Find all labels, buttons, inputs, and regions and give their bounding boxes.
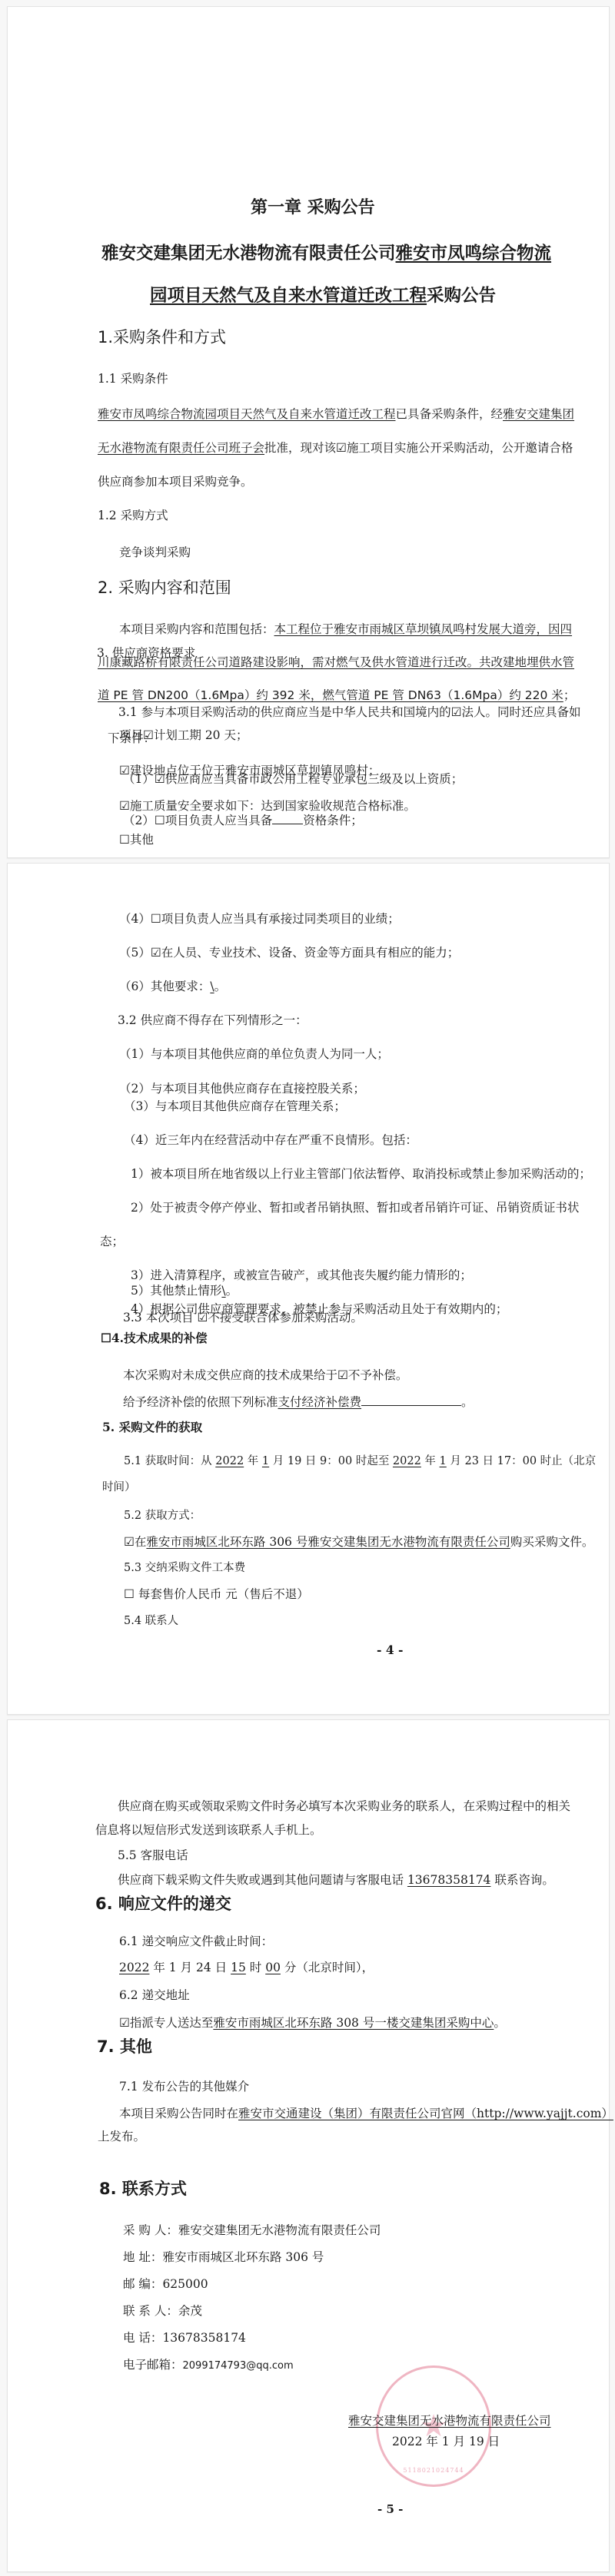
text: 本项目采购内容和范围包括： (119, 622, 274, 636)
document-page-5: 供应商在购买或领取采购文件时务必填写本次采购业务的联系人，在采购过程中的相关 信… (7, 1719, 610, 2572)
section-5-4-heading: 5.4 联系人 (124, 1613, 178, 1629)
section-5-heading: 5. 采购文件的获取 (102, 1420, 202, 1435)
underlined-text: 雅安市雨城区北环东路 306 号雅安交建集团无水港物流有限责任公司 (146, 1535, 510, 1549)
text: 。 (494, 2016, 506, 2030)
contact-address: 地 址：雅安市雨城区北环东路 306 号 (123, 2249, 381, 2276)
compensation-line-1: 本次采购对未成交供应商的技术成果给于☑不予补偿。 (123, 1368, 407, 1383)
paragraph-line: 本项目采购内容和范围包括：本工程位于雅安市雨城区草坝镇凤鸣村发展大道旁，因四 (119, 622, 572, 637)
year: 2022 (119, 1961, 149, 1974)
exclusion-4-2-cont: 态； (100, 1234, 124, 1249)
contact-value[interactable]: 2099174793@qq.com (183, 2360, 294, 2372)
minute: 00 (265, 1961, 281, 1974)
procurement-method: 竞争谈判采购 (119, 545, 191, 560)
signature-company: 雅安交建集团无水港物流有限责任公司 (348, 2413, 551, 2428)
underlined-text: 雅安交建集团无水港物流有限责任公司 (348, 2414, 551, 2428)
submission-deadline: 2022 年 1 月 24 日 15 时 00 分（北京时间）， (119, 1960, 374, 1975)
section-1-1-heading: 1.1 采购条件 (98, 371, 168, 386)
underlined-text: 无水港物流有限责任公司班子会 (98, 441, 264, 455)
acquisition-time-cont: 时间） (102, 1480, 136, 1495)
chapter-heading: 第一章 采购公告 (251, 201, 375, 216)
exclusion-2: （2）与本项目其他供应商存在直接控股关系； (119, 1081, 365, 1096)
underlined-text: 雅安市凤鸣综合物流园项目天然气及自来水管道迁改工程 (98, 407, 396, 421)
section-6-1-heading: 6.1 递交响应文件截止时间： (119, 1934, 273, 1949)
qualification-1: （1）☑供应商应当具备市政公用工程专业承包三级及以上资质； (123, 771, 463, 787)
section-2-heading: 2. 采购内容和范围 (98, 580, 231, 595)
document-fee: ☐ 每套售价人民币 元（售后不退） (124, 1586, 309, 1602)
publication-media-cont: 上发布。 (98, 2129, 145, 2144)
publication-media-line: 本项目采购公告同时在雅安市交通建设（集团）有限责任公司官网（http://www… (119, 2106, 613, 2121)
contact-paragraph-line-1: 供应商在购买或领取采购文件时务必填写本次采购业务的联系人，在采购过程中的相关 (118, 1799, 570, 1814)
service-phone-line: 供应商下载采购文件失败或遇到其他问题请与客服电话 13678358174 联系咨… (118, 1872, 554, 1888)
contact-purchaser: 采 购 人：雅安交建集团无水港物流有限责任公司 (123, 2223, 381, 2249)
contact-phone: 电 话：13678358174 (123, 2330, 381, 2357)
compensation-line-2: 给予经济补偿的依照下列标准支付经济补偿费。 (123, 1394, 474, 1410)
section-1-heading: 1.采购条件和方式 (98, 330, 226, 345)
text: 。 (214, 980, 227, 993)
contact-label: 电子邮箱： (123, 2358, 183, 2372)
section-6-heading: 6. 响应文件的递交 (95, 1896, 231, 1911)
contact-value[interactable]: 13678358174 (162, 2331, 245, 2345)
text: 。 (226, 1284, 238, 1298)
text: 5.1 获取时间：从 (124, 1455, 215, 1467)
underlined-text: 本工程位于雅安市雨城区草坝镇凤鸣村发展大道旁，因四 (274, 622, 573, 636)
seal-number: 5118021024744 (378, 2467, 489, 2474)
phone-link[interactable]: 13678358174 (407, 1873, 490, 1887)
text: 资格条件； (303, 814, 363, 827)
text: 购买采购文件。 (510, 1535, 594, 1549)
year: 2022 (215, 1455, 244, 1467)
paragraph-line: 雅安市凤鸣综合物流园项目天然气及自来水管道迁改工程已具备采购条件，经雅安交建集团 (98, 406, 574, 422)
contact-label: 联 系 人： (123, 2304, 178, 2318)
qualification-2: （2）☐项目负责人应当具备资格条件； (123, 813, 363, 828)
exclusion-3: （3）与本项目其他供应商存在管理关系； (124, 1099, 346, 1114)
contact-person: 联 系 人：余茂 (123, 2303, 381, 2330)
paragraph-line: 道 PE 管 DN200（1.6Mpa）约 392 米，燃气管道 PE 管 DN… (98, 688, 575, 703)
section-5-5-heading: 5.5 客服电话 (118, 1848, 188, 1863)
text: ☑指派专人送达至 (119, 2016, 213, 2030)
text: 批准，现对该☑施工项目实施公开采购活动，公开邀请合格 (264, 441, 573, 455)
text: 给予经济补偿的依照下列标准 (123, 1395, 278, 1409)
contact-list: 采 购 人：雅安交建集团无水港物流有限责任公司 地 址：雅安市雨城区北环东路 3… (123, 2223, 381, 2384)
underlined-text: 道 PE 管 DN200（1.6Mpa）约 392 米，燃气管道 PE 管 DN… (98, 688, 563, 702)
contact-label: 邮 编： (123, 2277, 162, 2291)
exclusion-4: （4）近三年内在经营活动中存在严重不良情形。包括： (124, 1132, 417, 1148)
month: 1 (440, 1455, 447, 1467)
text: 分（北京时间）， (281, 1961, 374, 1974)
underlined-text: 支付经济补偿费 (278, 1395, 362, 1409)
year: 2022 (393, 1455, 421, 1467)
title-plain: 雅安交建集团无水港物流有限责任公司 (101, 244, 396, 264)
text: 联系咨询。 (490, 1873, 553, 1887)
hour: 15 (231, 1961, 246, 1974)
contact-label: 地 址： (123, 2250, 162, 2264)
contact-label: 采 购 人： (123, 2223, 178, 2237)
quality-requirement: ☑施工质量安全要求如下：达到国家验收规范合格标准。 (119, 798, 416, 814)
month: 1 (262, 1455, 269, 1467)
text: 年 (421, 1455, 440, 1467)
text: ☑在 (124, 1535, 146, 1549)
underlined-text: 雅安交建集团 (503, 407, 574, 421)
title-underlined: 园项目天然气及自来水管道迁改工程 (150, 286, 427, 306)
contact-value: 625000 (162, 2277, 208, 2291)
signature-date: 2022 年 1 月 19 日 (392, 2434, 500, 2449)
section-7-1-heading: 7.1 发布公告的其他媒介 (119, 2079, 249, 2094)
underlined-text: 雅安市雨城区北环东路 308 号一楼交建集团采购中心 (213, 2016, 494, 2030)
blank-line (361, 1394, 461, 1406)
section-3-1-line-2: 下条件： (108, 731, 155, 746)
submission-address: ☑指派专人送达至雅安市雨城区北环东路 308 号一楼交建集团采购中心。 (119, 2015, 506, 2031)
contact-email: 电子邮箱：2099174793@qq.com (123, 2357, 381, 2384)
section-8-heading: 8. 联系方式 (99, 2181, 187, 2196)
page-number: - 4 - (377, 1643, 403, 1658)
requirement-5: （5）☑在人员、专业技术、设备、资金等方面具有相应的能力； (119, 945, 459, 960)
section-7-heading: 7. 其他 (97, 2039, 152, 2054)
website-link[interactable]: 雅安市交通建设（集团）有限责任公司官网（http://www.yajjt.com… (238, 2107, 613, 2120)
exclusion-4-2: 2）处于被责令停产停业、暂扣或者吊销执照、暂扣或者吊销许可证、吊销资质证书状 (131, 1200, 579, 1215)
exclusion-1: （1）与本项目其他供应商的单位负责人为同一人； (119, 1046, 389, 1062)
section-3-2-heading: 3.2 供应商不得存在下列情形之一： (118, 1013, 307, 1028)
section-3-3: 3.3 本次项目 ☑不接受联合体参加采购活动。 (123, 1310, 363, 1325)
contact-label: 电 话： (123, 2331, 162, 2345)
section-1-2-heading: 1.2 采购方式 (98, 508, 168, 523)
acquisition-time: 5.1 获取时间：从 2022 年 1 月 19 日 9：00 时起至 2022… (124, 1454, 596, 1469)
text: 月 23 日 17：00 时止（北京 (447, 1455, 596, 1467)
text: （2）☐项目负责人应当具备 (123, 814, 272, 827)
section-3-heading: 3. 供应商资格要求 (97, 645, 195, 661)
section-3-1-line-1: 3.1 参与本项目采购活动的供应商应当是中华人民共和国境内的☑法人。同时还应具备… (118, 705, 580, 720)
document-title-line-1: 雅安交建集团无水港物流有限责任公司雅安市凤鸣综合物流 (101, 246, 551, 261)
paragraph-line: 供应商参加本项目采购竞争。 (98, 474, 253, 489)
exclusion-4-5: 5）其他禁止情形\。 (131, 1283, 238, 1298)
title-plain: 采购公告 (427, 286, 496, 306)
text: 5）其他禁止情形 (131, 1284, 221, 1298)
contact-value: 余茂 (178, 2304, 202, 2318)
section-5-2-heading: 5.2 获取方式： (124, 1508, 201, 1523)
text: 。 (461, 1395, 474, 1409)
section-5-3-heading: 5.3 交纳采购文件工本费 (124, 1560, 245, 1576)
title-underlined: 雅安市凤鸣综合物流 (396, 244, 552, 264)
text: 年 1 月 24 日 (149, 1961, 231, 1974)
document-title-line-2: 园项目天然气及自来水管道迁改工程采购公告 (150, 288, 496, 303)
exclusion-4-1: 1）被本项目所在地省级以上行业主管部门依法暂停、取消投标或禁止参加采购活动的； (131, 1166, 591, 1182)
text: 月 19 日 9：00 时起至 (269, 1455, 393, 1467)
contact-postcode: 邮 编：625000 (123, 2276, 381, 2303)
text: 供应商下载采购文件失败或遇到其他问题请与客服电话 (118, 1873, 407, 1887)
section-6-2-heading: 6.2 递交地址 (119, 1988, 190, 2003)
exclusion-4-3: 3）进入清算程序，或被宣告破产，或其他丧失履约能力情形的； (131, 1268, 472, 1283)
requirement-6: （6）其他要求：\。 (119, 979, 226, 994)
section-4-heading: ☐4.技术成果的补偿 (101, 1331, 208, 1346)
text: 本项目采购公告同时在 (119, 2107, 238, 2120)
text: ； (563, 688, 576, 702)
contact-paragraph-line-2: 信息将以短信形式发送到该联系人手机上。 (95, 1822, 322, 1838)
contact-value: 雅安市雨城区北环东路 306 号 (162, 2250, 324, 2264)
other-option: ☐其他 (119, 832, 154, 847)
contact-value: 雅安交建集团无水港物流有限责任公司 (178, 2223, 381, 2237)
text: 年 (244, 1455, 262, 1467)
blank-line (272, 813, 303, 824)
document-page-3: 第一章 采购公告 雅安交建集团无水港物流有限责任公司雅安市凤鸣综合物流 园项目天… (7, 6, 610, 858)
text: 已具备采购条件，经 (396, 407, 504, 421)
text: 时 (246, 1961, 265, 1974)
text: （6）其他要求： (119, 980, 210, 993)
page-number: - 5 - (377, 2501, 403, 2517)
paragraph-line: 无水港物流有限责任公司班子会批准，现对该☑施工项目实施公开采购活动，公开邀请合格 (98, 440, 573, 456)
acquisition-method: ☑在雅安市雨城区北环东路 306 号雅安交建集团无水港物流有限责任公司购买采购文… (124, 1534, 593, 1550)
requirement-4: （4）☐项目负责人应当具有承接过同类项目的业绩； (119, 911, 400, 927)
